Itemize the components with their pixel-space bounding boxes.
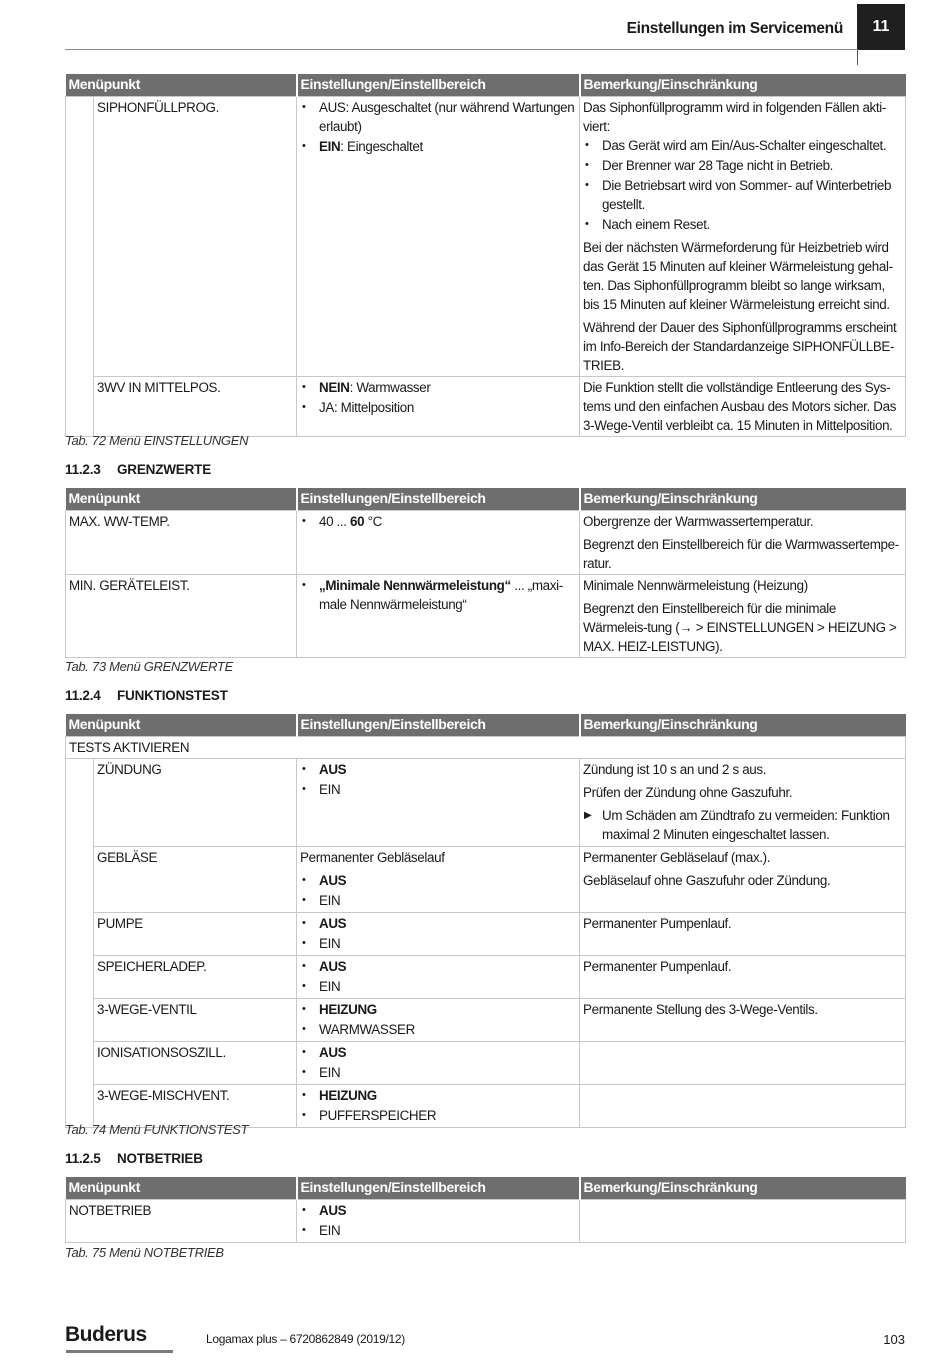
chapter-tick-divider [857, 50, 858, 65]
table-row: 3WV IN MITTELPOS. NEIN: Warmwasser JA: M… [66, 376, 906, 436]
settings-cell: 40 ... 60 °C [297, 510, 580, 574]
settings-cell: AUS: Ausgeschaltet (nur während Wartunge… [297, 96, 580, 376]
menu-item-cell: PUMPE [94, 912, 297, 955]
settings-cell: AUSEIN [297, 1041, 580, 1084]
option-item: HEIZUNG [300, 1086, 576, 1105]
settings-cell: HEIZUNGPUFFERSPEICHER [297, 1084, 580, 1127]
column-header-bemerkung: Bemerkung/Einschränkung [580, 488, 906, 510]
settings-cell: AUSEIN [297, 912, 580, 955]
chapter-number-badge: 11 [857, 4, 905, 50]
indent-cell [66, 758, 94, 1127]
menu-item-cell: SPEICHERLADEP. [94, 955, 297, 998]
remark-cell: Zündung ist 10 s an und 2 s aus. Prüfen … [580, 758, 906, 846]
settings-cell: „Minimale Nennwärmeleistung“ ... „maxi-m… [297, 574, 580, 657]
menu-item-cell: NOTBETRIEB [66, 1199, 297, 1242]
option-item: EIN [300, 780, 576, 799]
column-header-einstellungen: Einstellungen/Einstellbereich [297, 488, 580, 510]
remark-bullet: Nach einem Reset. [583, 215, 902, 234]
option-item: AUS [300, 760, 576, 779]
column-header-menupunkt: Menüpunkt [66, 714, 297, 736]
column-header-bemerkung: Bemerkung/Einschränkung [580, 714, 906, 736]
option-item: 40 ... 60 °C [300, 512, 576, 531]
option-item: EIN [300, 1063, 576, 1082]
option-item: HEIZUNG [300, 1000, 576, 1019]
settings-cell: AUSEIN [297, 955, 580, 998]
table-caption: Tab. 72 Menü EINSTELLUNGEN [65, 431, 248, 450]
option-item: PUFFERSPEICHER [300, 1106, 576, 1125]
remark-cell: Permanenter Pumpenlauf. [580, 912, 906, 955]
menu-item-cell: MAX. WW-TEMP. [66, 510, 297, 574]
menu-item-cell: GEBLÄSE [94, 846, 297, 912]
option-item: AUS [300, 871, 576, 890]
menu-item-cell: 3WV IN MITTELPOS. [94, 376, 297, 436]
menu-item-cell: SIPHONFÜLLPROG. [94, 96, 297, 376]
column-header-menupunkt: Menüpunkt [66, 74, 297, 96]
option-item: AUS [300, 914, 576, 933]
option-item: WARMWASSER [300, 1020, 576, 1039]
menu-item-cell: 3-WEGE-VENTIL [94, 998, 297, 1041]
option-item: EIN [300, 1221, 576, 1240]
option-item: EIN: Eingeschaltet [300, 137, 576, 156]
remark-cell: Minimale Nennwärmeleistung (Heizung) Beg… [580, 574, 906, 657]
table-row: MIN. GERÄTELEIST. „Minimale Nennwärmelei… [66, 574, 906, 657]
table-funktionstest: Menüpunkt Einstellungen/Einstellbereich … [65, 714, 906, 1128]
column-header-menupunkt: Menüpunkt [66, 488, 297, 510]
column-header-bemerkung: Bemerkung/Einschränkung [580, 74, 906, 96]
option-item: EIN [300, 977, 576, 996]
remark-cell: Das Siphonfüllprogramm wird in folgenden… [580, 96, 906, 376]
table-caption: Tab. 74 Menü FUNKTIONSTEST [65, 1120, 248, 1139]
brand-logo-underline [66, 1350, 173, 1353]
option-item: EIN [300, 891, 576, 910]
table-group-row: TESTS AKTIVIEREN [66, 736, 906, 758]
table-row: ZÜNDUNG AUS EIN Zündung ist 10 s an und … [66, 758, 906, 846]
section-heading-funktionstest: 11.2.4FUNKTIONSTEST [65, 686, 228, 705]
document-reference: Logamax plus – 6720862849 (2019/12) [206, 1330, 405, 1349]
option-item: AUS [300, 1201, 576, 1220]
menu-item-cell: MIN. GERÄTELEIST. [66, 574, 297, 657]
remark-cell: Die Funktion stellt die vollständige Ent… [580, 376, 906, 436]
column-header-menupunkt: Menüpunkt [66, 1177, 297, 1199]
column-header-bemerkung: Bemerkung/Einschränkung [580, 1177, 906, 1199]
remark-bullet: Der Brenner war 28 Tage nicht in Betrieb… [583, 156, 902, 175]
settings-cell: AUSEIN [297, 1199, 580, 1242]
table-caption: Tab. 75 Menü NOTBETRIEB [65, 1243, 224, 1262]
brand-logo: Buderus [65, 1325, 147, 1344]
section-heading-notbetrieb: 11.2.5NOTBETRIEB [65, 1149, 203, 1168]
remark-cell [580, 1084, 906, 1127]
settings-cell: NEIN: Warmwasser JA: Mittelposition [297, 376, 580, 436]
menu-item-cell: ZÜNDUNG [94, 758, 297, 846]
remark-cell: Permanenter Pumpenlauf. [580, 955, 906, 998]
table-notbetrieb: Menüpunkt Einstellungen/Einstellbereich … [65, 1177, 906, 1243]
option-item: AUS: Ausgeschaltet (nur während Wartunge… [300, 98, 576, 136]
remark-bullet: Die Betriebsart wird von Sommer- auf Win… [583, 176, 902, 214]
table-row: SIPHONFÜLLPROG. AUS: Ausgeschaltet (nur … [66, 96, 906, 376]
header-divider [65, 49, 858, 50]
option-item: AUS [300, 957, 576, 976]
column-header-einstellungen: Einstellungen/Einstellbereich [297, 714, 580, 736]
option-item: JA: Mittelposition [300, 398, 576, 417]
column-header-einstellungen: Einstellungen/Einstellbereich [297, 74, 580, 96]
option-item: EIN [300, 934, 576, 953]
action-instruction: Um Schäden am Zündtrafo zu vermeiden: Fu… [583, 806, 902, 844]
settings-cell: Permanenter Gebläselauf AUS EIN [297, 846, 580, 912]
remark-cell [580, 1041, 906, 1084]
table-row: IONISATIONSOSZILL. AUSEIN [66, 1041, 906, 1084]
table-caption: Tab. 73 Menü GRENZWERTE [65, 657, 233, 676]
group-label-tests-aktivieren: TESTS AKTIVIEREN [66, 736, 906, 758]
remark-bullet: Das Gerät wird am Ein/Aus-Schalter einge… [583, 136, 902, 155]
page-header-title: Einstellungen im Servicemenü [627, 19, 843, 38]
option-item: AUS [300, 1043, 576, 1062]
menu-item-cell: IONISATIONSOSZILL. [94, 1041, 297, 1084]
option-item: „Minimale Nennwärmeleistung“ ... „maxi-m… [300, 576, 576, 614]
table-grenzwerte: Menüpunkt Einstellungen/Einstellbereich … [65, 488, 906, 658]
table-row: GEBLÄSE Permanenter Gebläselauf AUS EIN … [66, 846, 906, 912]
table-row: MAX. WW-TEMP. 40 ... 60 °C Obergrenze de… [66, 510, 906, 574]
table-row: 3-WEGE-VENTIL HEIZUNGWARMWASSER Permanen… [66, 998, 906, 1041]
section-heading-grenzwerte: 11.2.3GRENZWERTE [65, 460, 211, 479]
table-einstellungen: Menüpunkt Einstellungen/Einstellbereich … [65, 74, 906, 437]
settings-cell: HEIZUNGWARMWASSER [297, 998, 580, 1041]
remark-cell: Permanenter Gebläselauf (max.). Gebläsel… [580, 846, 906, 912]
column-header-einstellungen: Einstellungen/Einstellbereich [297, 1177, 580, 1199]
option-item: NEIN: Warmwasser [300, 378, 576, 397]
settings-cell: AUS EIN [297, 758, 580, 846]
page-number: 103 [883, 1330, 905, 1349]
table-row: PUMPE AUSEIN Permanenter Pumpenlauf. [66, 912, 906, 955]
table-row: NOTBETRIEB AUSEIN [66, 1199, 906, 1242]
remark-cell [580, 1199, 906, 1242]
remark-cell: Obergrenze der Warmwassertemperatur. Beg… [580, 510, 906, 574]
indent-cell [66, 96, 94, 436]
remark-cell: Permanente Stellung des 3-Wege-Ventils. [580, 998, 906, 1041]
table-row: SPEICHERLADEP. AUSEIN Permanenter Pumpen… [66, 955, 906, 998]
